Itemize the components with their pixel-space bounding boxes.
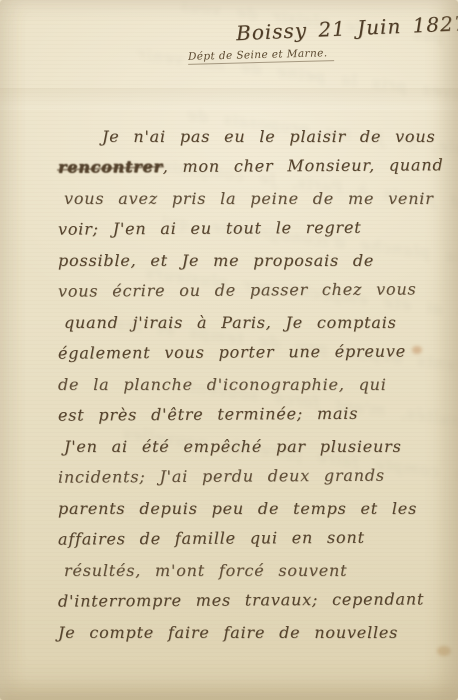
letter-line: possible, et Je me proposais de (0, 245, 458, 276)
letter-page: Je n'ai pas eu le plaisir de vous vous a… (0, 0, 458, 700)
letter-line: Je n'ai pas eu le plaisir de vous (0, 121, 458, 152)
letter-line-text: , mon cher Monsieur, quand (163, 155, 444, 176)
letter-line: rencontrer, mon cher Monsieur, quand (0, 149, 458, 183)
letter-line: parents depuis peu de temps et les (0, 493, 458, 524)
letter-line: vous écrire ou de passer chez vous (0, 273, 458, 307)
letter-line: Je compte faire faire de nouvelles (0, 617, 458, 648)
letter-line: d'interrompre mes travaux; cependant (0, 583, 458, 617)
letter-line: incidents; J'ai perdu deux grands (0, 459, 458, 493)
letter-line: voir; J'en ai eu tout le regret (0, 211, 458, 245)
letter-line: quand j'irais à Paris, Je comptais (0, 307, 458, 338)
overwritten-word: rencontrer (58, 157, 163, 177)
paper-crease (0, 88, 458, 110)
department-line: Dépt de Seine et Marne. (188, 47, 334, 65)
letter-line: est près d'être terminée; mais (0, 397, 458, 431)
letter-line: vous avez pris la peine de me venir (0, 183, 458, 214)
letter-body: Je n'ai pas eu le plaisir de vous rencon… (0, 121, 458, 648)
dateline: Boissy 21 Juin 1827. (236, 11, 458, 45)
letter-line: également vous porter une épreuve (0, 335, 458, 369)
letter-line: J'en ai été empêché par plusieurs (0, 431, 458, 462)
letter-line: résultés, m'ont forcé souvent (0, 555, 458, 586)
letter-line: de la planche d'iconographie, qui (0, 369, 458, 400)
letter-line: affaires de famille qui en sont (0, 521, 458, 555)
